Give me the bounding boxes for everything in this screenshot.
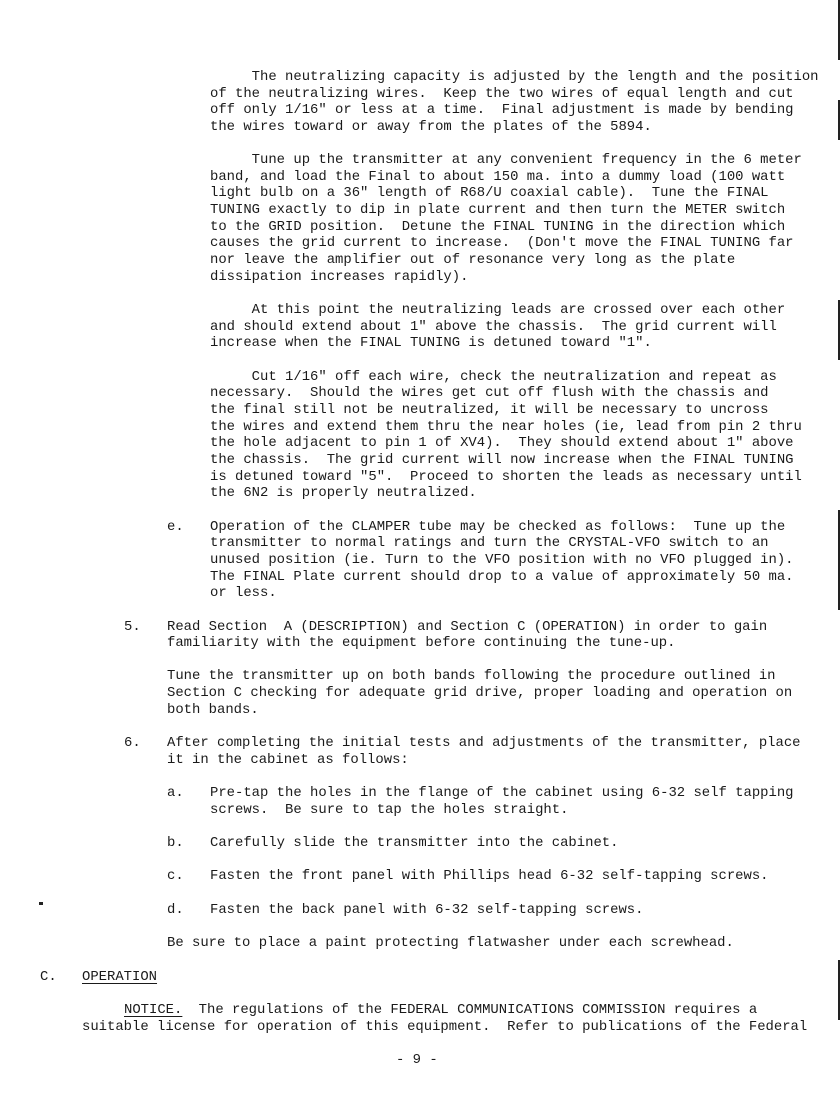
scan-speck [39,902,43,905]
text-line: the wires and extend them thru the near … [210,419,802,436]
text-line: Be sure to place a paint protecting flat… [167,935,734,952]
text-line: the 6N2 is properly neutralized. [210,485,477,502]
text-line: dissipation increases rapidly). [210,269,468,286]
text-line: the chassis. The grid current will now i… [210,452,794,469]
text-line: Tune the transmitter up on both bands fo… [167,668,776,685]
list-marker: a. [167,785,184,802]
text-line: After completing the initial tests and a… [167,735,801,752]
text-line: TUNING exactly to dip in plate current a… [210,202,785,219]
text-line: Fasten the front panel with Phillips hea… [210,868,769,885]
text-line: increase when the FINAL TUNING is detune… [210,335,652,352]
text-line: The regulations of the FEDERAL COMMUNICA… [182,1002,757,1019]
text-line: nor leave the amplifier out of resonance… [210,252,735,269]
text-line: causes the grid current to increase. (Do… [210,235,794,252]
text-line: Cut 1/16" off each wire, check the neutr… [210,369,777,386]
list-marker: b. [167,835,184,852]
text-line: The neutralizing capacity is adjusted by… [210,69,819,86]
text-line: off only 1/16" or less at a time. Final … [210,102,794,119]
text-line: Section C checking for adequate grid dri… [167,685,792,702]
text-line: Fasten the back panel with 6-32 self-tap… [210,902,643,919]
list-marker: e. [167,519,184,536]
list-marker: d. [167,902,184,919]
text-line: Operation of the CLAMPER tube may be che… [210,519,785,536]
text-line: At this point the neutralizing leads are… [210,302,785,319]
text-line: the final still not be neutralized, it w… [210,402,769,419]
text-line: necessary. Should the wires get cut off … [210,385,769,402]
text-line: Tune up the transmitter at any convenien… [210,152,802,169]
list-marker: c. [167,868,184,885]
text-line: unused position (ie. Turn to the VFO pos… [210,552,794,569]
document-page: The neutralizing capacity is adjusted by… [0,0,840,1095]
text-line: Pre-tap the holes in the flange of the c… [210,785,794,802]
text-line: and should extend about 1" above the cha… [210,319,777,336]
text-line: screws. Be sure to tap the holes straigh… [210,802,568,819]
text-line: The FINAL Plate current should drop to a… [210,569,794,586]
section-title: OPERATION [82,969,157,986]
text-line: or less. [210,585,277,602]
list-marker: 6. [124,735,141,752]
text-line: Carefully slide the transmitter into the… [210,835,618,852]
text-line: light bulb on a 36" length of R68/U coax… [210,185,769,202]
text-line: both bands. [167,702,259,719]
notice-label: NOTICE. [124,1002,182,1019]
text-line: the wires toward or away from the plates… [210,119,652,136]
text-line: familiarity with the equipment before co… [167,635,675,652]
text-line: of the neutralizing wires. Keep the two … [210,86,794,103]
text-line: suitable license for operation of this e… [82,1019,807,1036]
page-number: - 9 - [396,1052,438,1069]
text-line: to the GRID position. Detune the FINAL T… [210,219,785,236]
text-line: it in the cabinet as follows: [167,752,409,769]
text-line: band, and load the Final to about 150 ma… [210,169,785,186]
list-marker: 5. [124,619,141,636]
text-line: transmitter to normal ratings and turn t… [210,535,769,552]
text-line: is detuned toward "5". Proceed to shorte… [210,469,802,486]
section-marker: C. [40,969,57,986]
text-line: Read Section A (DESCRIPTION) and Section… [167,619,767,636]
text-line: the hole adjacent to pin 1 of XV4). They… [210,435,794,452]
